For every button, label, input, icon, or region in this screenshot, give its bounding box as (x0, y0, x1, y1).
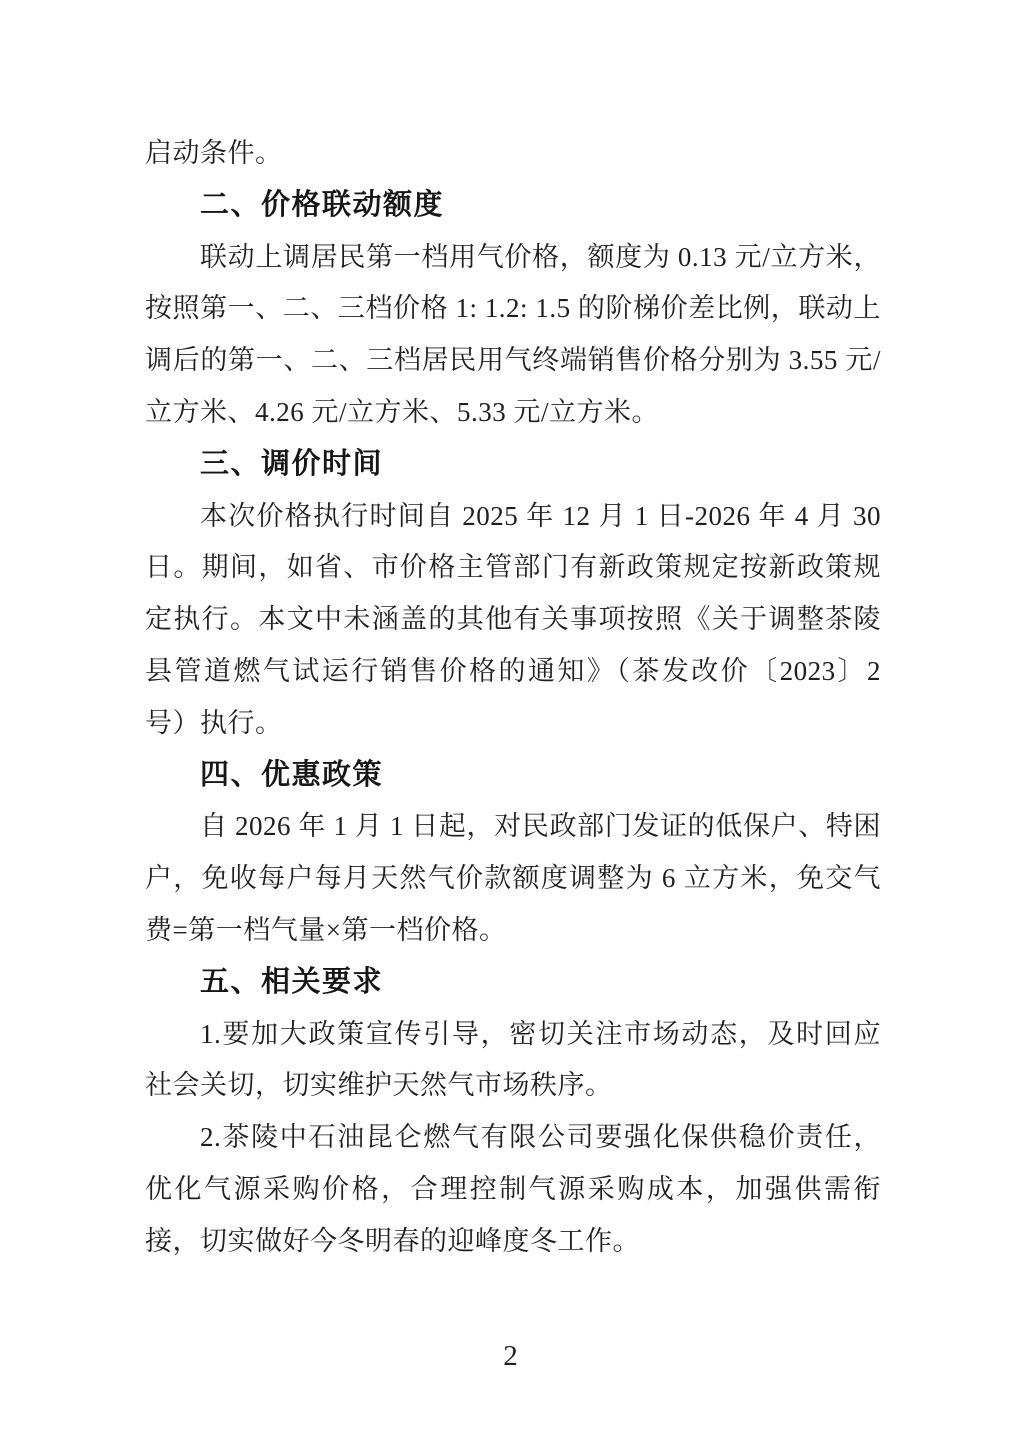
paragraph-requirement-2: 2.茶陵中石油昆仑燃气有限公司要强化保供稳价责任，优化气源采购价格，合理控制气源… (145, 1112, 881, 1267)
section-heading-related-requirements: 五、相关要求 (145, 957, 881, 1009)
document-body: 启动条件。 二、价格联动额度 联动上调居民第一档用气价格，额度为 0.13 元/… (145, 128, 881, 1268)
page-number: 2 (0, 1336, 1021, 1376)
document-page: 启动条件。 二、价格联动额度 联动上调居民第一档用气价格，额度为 0.13 元/… (0, 0, 1024, 1448)
section-heading-preferential-policy: 四、优惠政策 (145, 750, 881, 802)
paragraph-continuation: 启动条件。 (145, 128, 881, 180)
section-heading-price-linkage-amount: 二、价格联动额度 (145, 180, 881, 232)
paragraph-adjustment-time-detail: 本次价格执行时间自 2025 年 12 月 1 日-2026 年 4 月 30 … (145, 491, 881, 750)
paragraph-preferential-policy-detail: 自 2026 年 1 月 1 日起，对民政部门发证的低保户、特困户，免收每户每月… (145, 801, 881, 956)
paragraph-requirement-1: 1.要加大政策宣传引导，密切关注市场动态，及时回应社会关切，切实维护天然气市场秩… (145, 1009, 881, 1113)
paragraph-price-linkage-detail: 联动上调居民第一档用气价格，额度为 0.13 元/立方米，按照第一、二、三档价格… (145, 232, 881, 439)
section-heading-adjustment-time: 三、调价时间 (145, 439, 881, 491)
